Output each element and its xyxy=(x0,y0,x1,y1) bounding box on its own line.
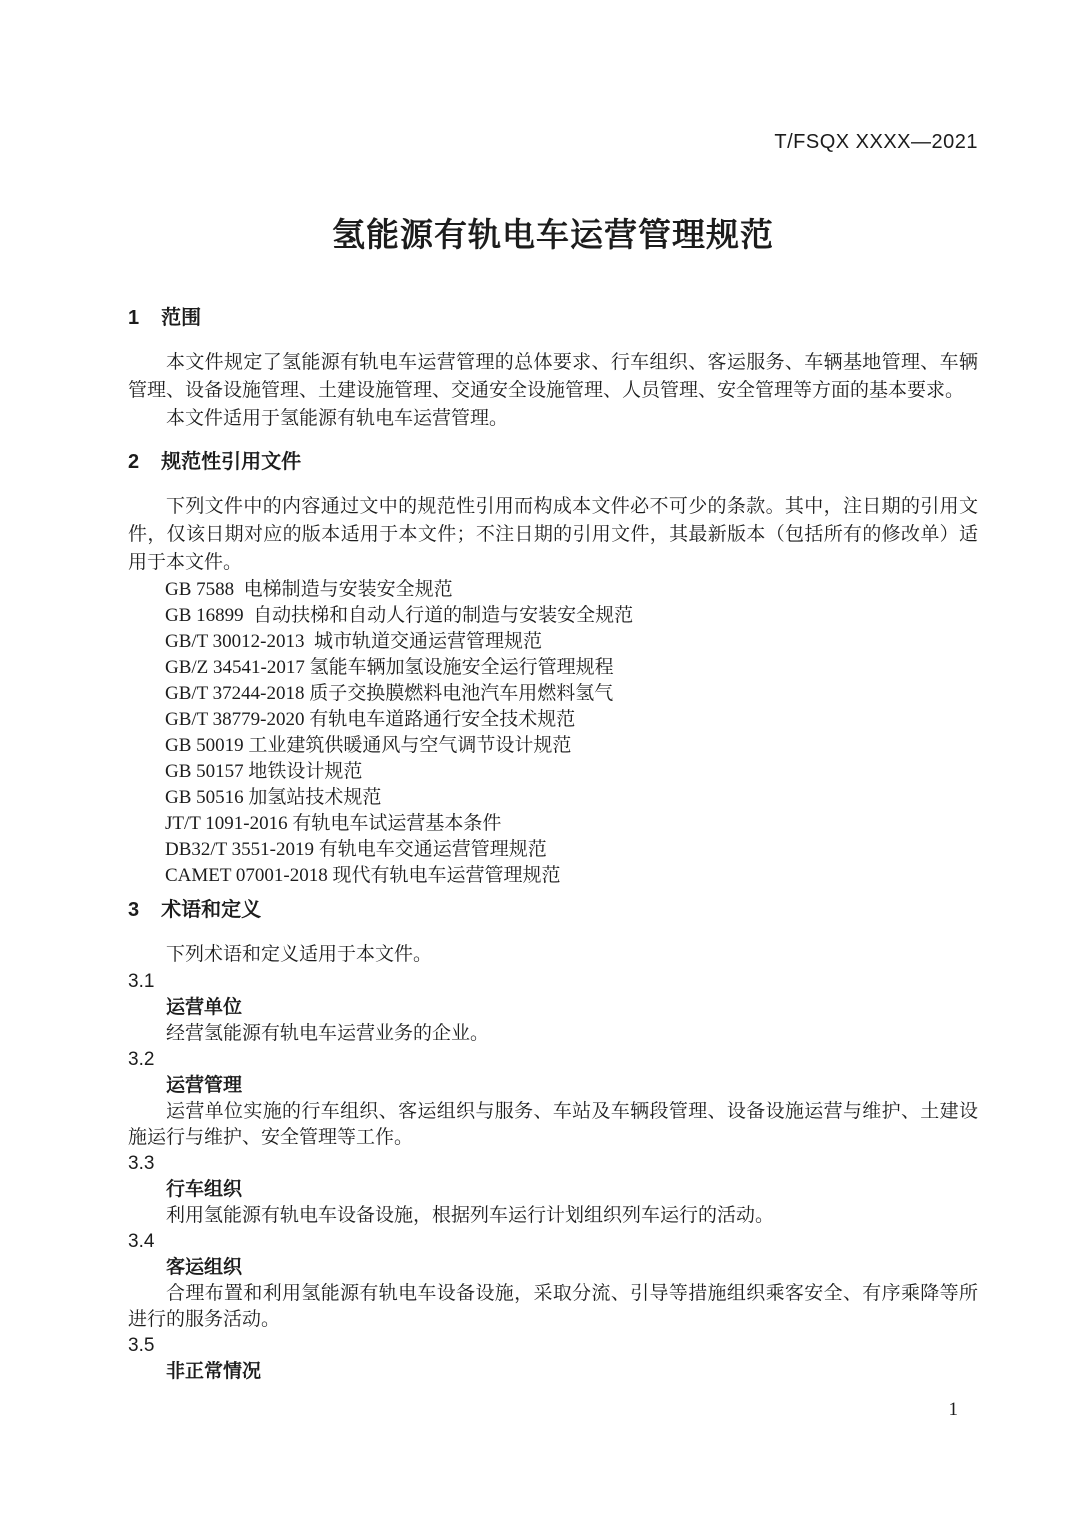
term-block: 3.4 客运组织 合理布置和利用氢能源有轨电车设备设施，采取分流、引导等措施组织… xyxy=(128,1229,978,1333)
term-block: 3.3 行车组织 利用氢能源有轨电车设备设施，根据列车运行计划组织列车运行的活动… xyxy=(128,1151,978,1229)
doc-code: T/FSQX XXXX—2021 xyxy=(128,0,978,153)
section-heading-scope: 1范围 xyxy=(128,305,978,331)
document-page: T/FSQX XXXX—2021 氢能源有轨电车运营管理规范 1范围 本文件规定… xyxy=(0,0,1080,1527)
reference-list: GB 7588 电梯制造与安装安全规范 GB 16899 自动扶梯和自动人行道的… xyxy=(128,577,978,889)
term-name: 运营单位 xyxy=(128,995,978,1021)
term-number: 3.4 xyxy=(128,1229,978,1255)
reference-item: GB 7588 电梯制造与安装安全规范 xyxy=(128,577,978,603)
document-content: T/FSQX XXXX—2021 氢能源有轨电车运营管理规范 1范围 本文件规定… xyxy=(128,0,978,1385)
term-number: 3.5 xyxy=(128,1333,978,1359)
term-name: 客运组织 xyxy=(128,1255,978,1281)
references-intro-paragraph: 下列文件中的内容通过文中的规范性引用而构成本文件必不可少的条款。其中，注日期的引… xyxy=(128,493,978,577)
reference-item: GB/T 30012-2013 城市轨道交通运营管理规范 xyxy=(128,629,978,655)
section-heading-text: 术语和定义 xyxy=(161,899,261,921)
term-definition: 利用氢能源有轨电车设备设施，根据列车运行计划组织列车运行的活动。 xyxy=(128,1203,978,1229)
section-number: 3 xyxy=(128,897,139,923)
term-number: 3.3 xyxy=(128,1151,978,1177)
term-name: 非正常情况 xyxy=(128,1359,978,1385)
terms-intro-paragraph: 下列术语和定义适用于本文件。 xyxy=(128,941,978,969)
reference-item: GB 50019 工业建筑供暖通风与空气调节设计规范 xyxy=(128,733,978,759)
scope-paragraph-2: 本文件适用于氢能源有轨电车运营管理。 xyxy=(128,405,978,433)
term-block: 3.1 运营单位 经营氢能源有轨电车运营业务的企业。 xyxy=(128,969,978,1047)
term-number: 3.1 xyxy=(128,969,978,995)
reference-item: GB 50516 加氢站技术规范 xyxy=(128,785,978,811)
term-block: 3.2 运营管理 运营单位实施的行车组织、客运组织与服务、车站及车辆段管理、设备… xyxy=(128,1047,978,1151)
term-definition: 经营氢能源有轨电车运营业务的企业。 xyxy=(128,1021,978,1047)
section-heading-normative-references: 2规范性引用文件 xyxy=(128,449,978,475)
term-definition: 合理布置和利用氢能源有轨电车设备设施，采取分流、引导等措施组织乘客安全、有序乘降… xyxy=(128,1281,978,1333)
reference-item: GB/T 38779-2020 有轨电车道路通行安全技术规范 xyxy=(128,707,978,733)
reference-item: GB/T 37244-2018 质子交换膜燃料电池汽车用燃料氢气 xyxy=(128,681,978,707)
scope-paragraph-1: 本文件规定了氢能源有轨电车运营管理的总体要求、行车组织、客运服务、车辆基地管理、… xyxy=(128,349,978,405)
reference-item: GB 50157 地铁设计规范 xyxy=(128,759,978,785)
section-heading-text: 范围 xyxy=(161,307,201,329)
section-number: 2 xyxy=(128,449,139,475)
section-heading-text: 规范性引用文件 xyxy=(161,451,301,473)
section-number: 1 xyxy=(128,305,139,331)
term-block: 3.5 非正常情况 xyxy=(128,1333,978,1385)
reference-item: GB 16899 自动扶梯和自动人行道的制造与安装安全规范 xyxy=(128,603,978,629)
term-name: 行车组织 xyxy=(128,1177,978,1203)
term-number: 3.2 xyxy=(128,1047,978,1073)
term-name: 运营管理 xyxy=(128,1073,978,1099)
term-definition: 运营单位实施的行车组织、客运组织与服务、车站及车辆段管理、设备设施运营与维护、土… xyxy=(128,1099,978,1151)
section-heading-terms-definitions: 3术语和定义 xyxy=(128,897,978,923)
reference-item: JT/T 1091-2016 有轨电车试运营基本条件 xyxy=(128,811,978,837)
document-title: 氢能源有轨电车运营管理规范 xyxy=(128,215,978,255)
reference-item: DB32/T 3551-2019 有轨电车交通运营管理规范 xyxy=(128,837,978,863)
page-number: 1 xyxy=(949,1398,959,1422)
reference-item: CAMET 07001-2018 现代有轨电车运营管理规范 xyxy=(128,863,978,889)
reference-item: GB/Z 34541-2017 氢能车辆加氢设施安全运行管理规程 xyxy=(128,655,978,681)
